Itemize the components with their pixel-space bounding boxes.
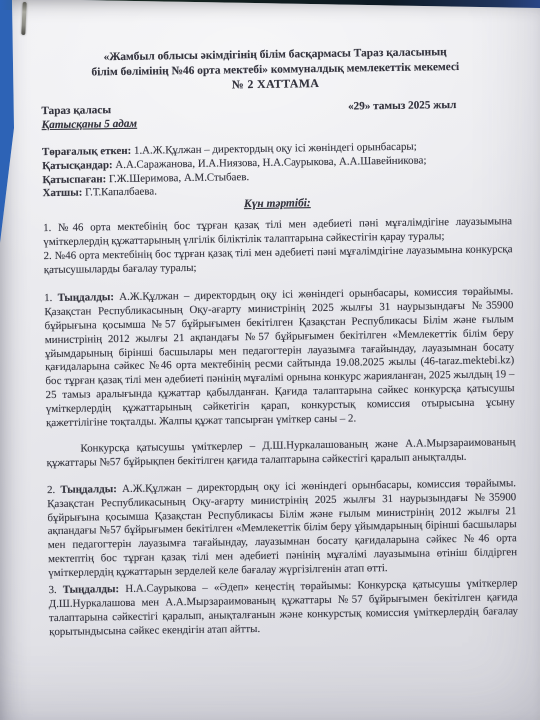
absent-value: Г.Ж.Шеримова, А.М.Стыбаев.: [106, 171, 249, 185]
secretary-value: Г.Т.Капалбаева.: [82, 186, 157, 199]
minutes-paragraph-1: 1. Тыңдалды: А.Ж.Құлжан – директордың оқ…: [44, 285, 515, 431]
paragraph-3-number: 3.: [48, 584, 63, 596]
city-label: Тараз қаласы: [41, 104, 111, 119]
absent-label: Қатыспаған:: [42, 173, 106, 186]
attended-label: Қатысқандар:: [42, 159, 113, 172]
minutes-paragraph-candidates: Конкурсқа қатысушы үміткерлер – Д.Ш.Нурк…: [46, 436, 515, 471]
paragraph-3-text: Н.А.Саурыкова – «Әдеп» кеңестің төрайымы…: [49, 577, 518, 638]
secretary-label: Хатшы:: [43, 187, 83, 200]
agenda-list: 1. №46 орта мектебінің бос тұрған қазақ …: [43, 215, 513, 278]
paragraph-1-lead: Тыңдалды:: [58, 291, 114, 304]
paragraph-2-number: 2.: [47, 484, 61, 496]
paragraph-3-lead: Тыңдалды:: [63, 583, 119, 596]
document-photo: «Жамбыл облысы әкімдігінің білім басқарм…: [0, 0, 540, 720]
minutes-paragraph-2: 2. Тыңдалды: А.Ж.Құлжан – директордың оқ…: [47, 477, 517, 581]
paragraph-2-text: А.Ж.Құлжан – директордың оқу ісі жөнінде…: [47, 477, 517, 579]
paragraph-1-text: А.Ж.Құлжан – директордың оқу ісі жөнінде…: [44, 285, 515, 429]
date-label: «29» тамыз 2025 жыл: [348, 99, 457, 115]
document-content: «Жамбыл облысы әкімдігінің білім басқарм…: [41, 44, 519, 640]
paragraph-candidates-text: Конкурсқа қатысушы үміткерлер – Д.Ш.Нурк…: [47, 436, 516, 469]
participants-list: Төрағалық еткен: 1.А.Ж.Құлжан – директор…: [42, 139, 512, 202]
paragraph-1-number: 1.: [44, 292, 58, 304]
minutes-paragraph-3: 3. Тыңдалды: Н.А.Саурыкова – «Әдеп» кеңе…: [48, 577, 518, 640]
paragraph-2-lead: Тыңдалды:: [60, 483, 116, 496]
agenda-item-2: 2. №46 орта мектебінің бос тұрған қазақ …: [43, 243, 512, 278]
chairperson-label: Төрағалық еткен:: [42, 145, 131, 158]
